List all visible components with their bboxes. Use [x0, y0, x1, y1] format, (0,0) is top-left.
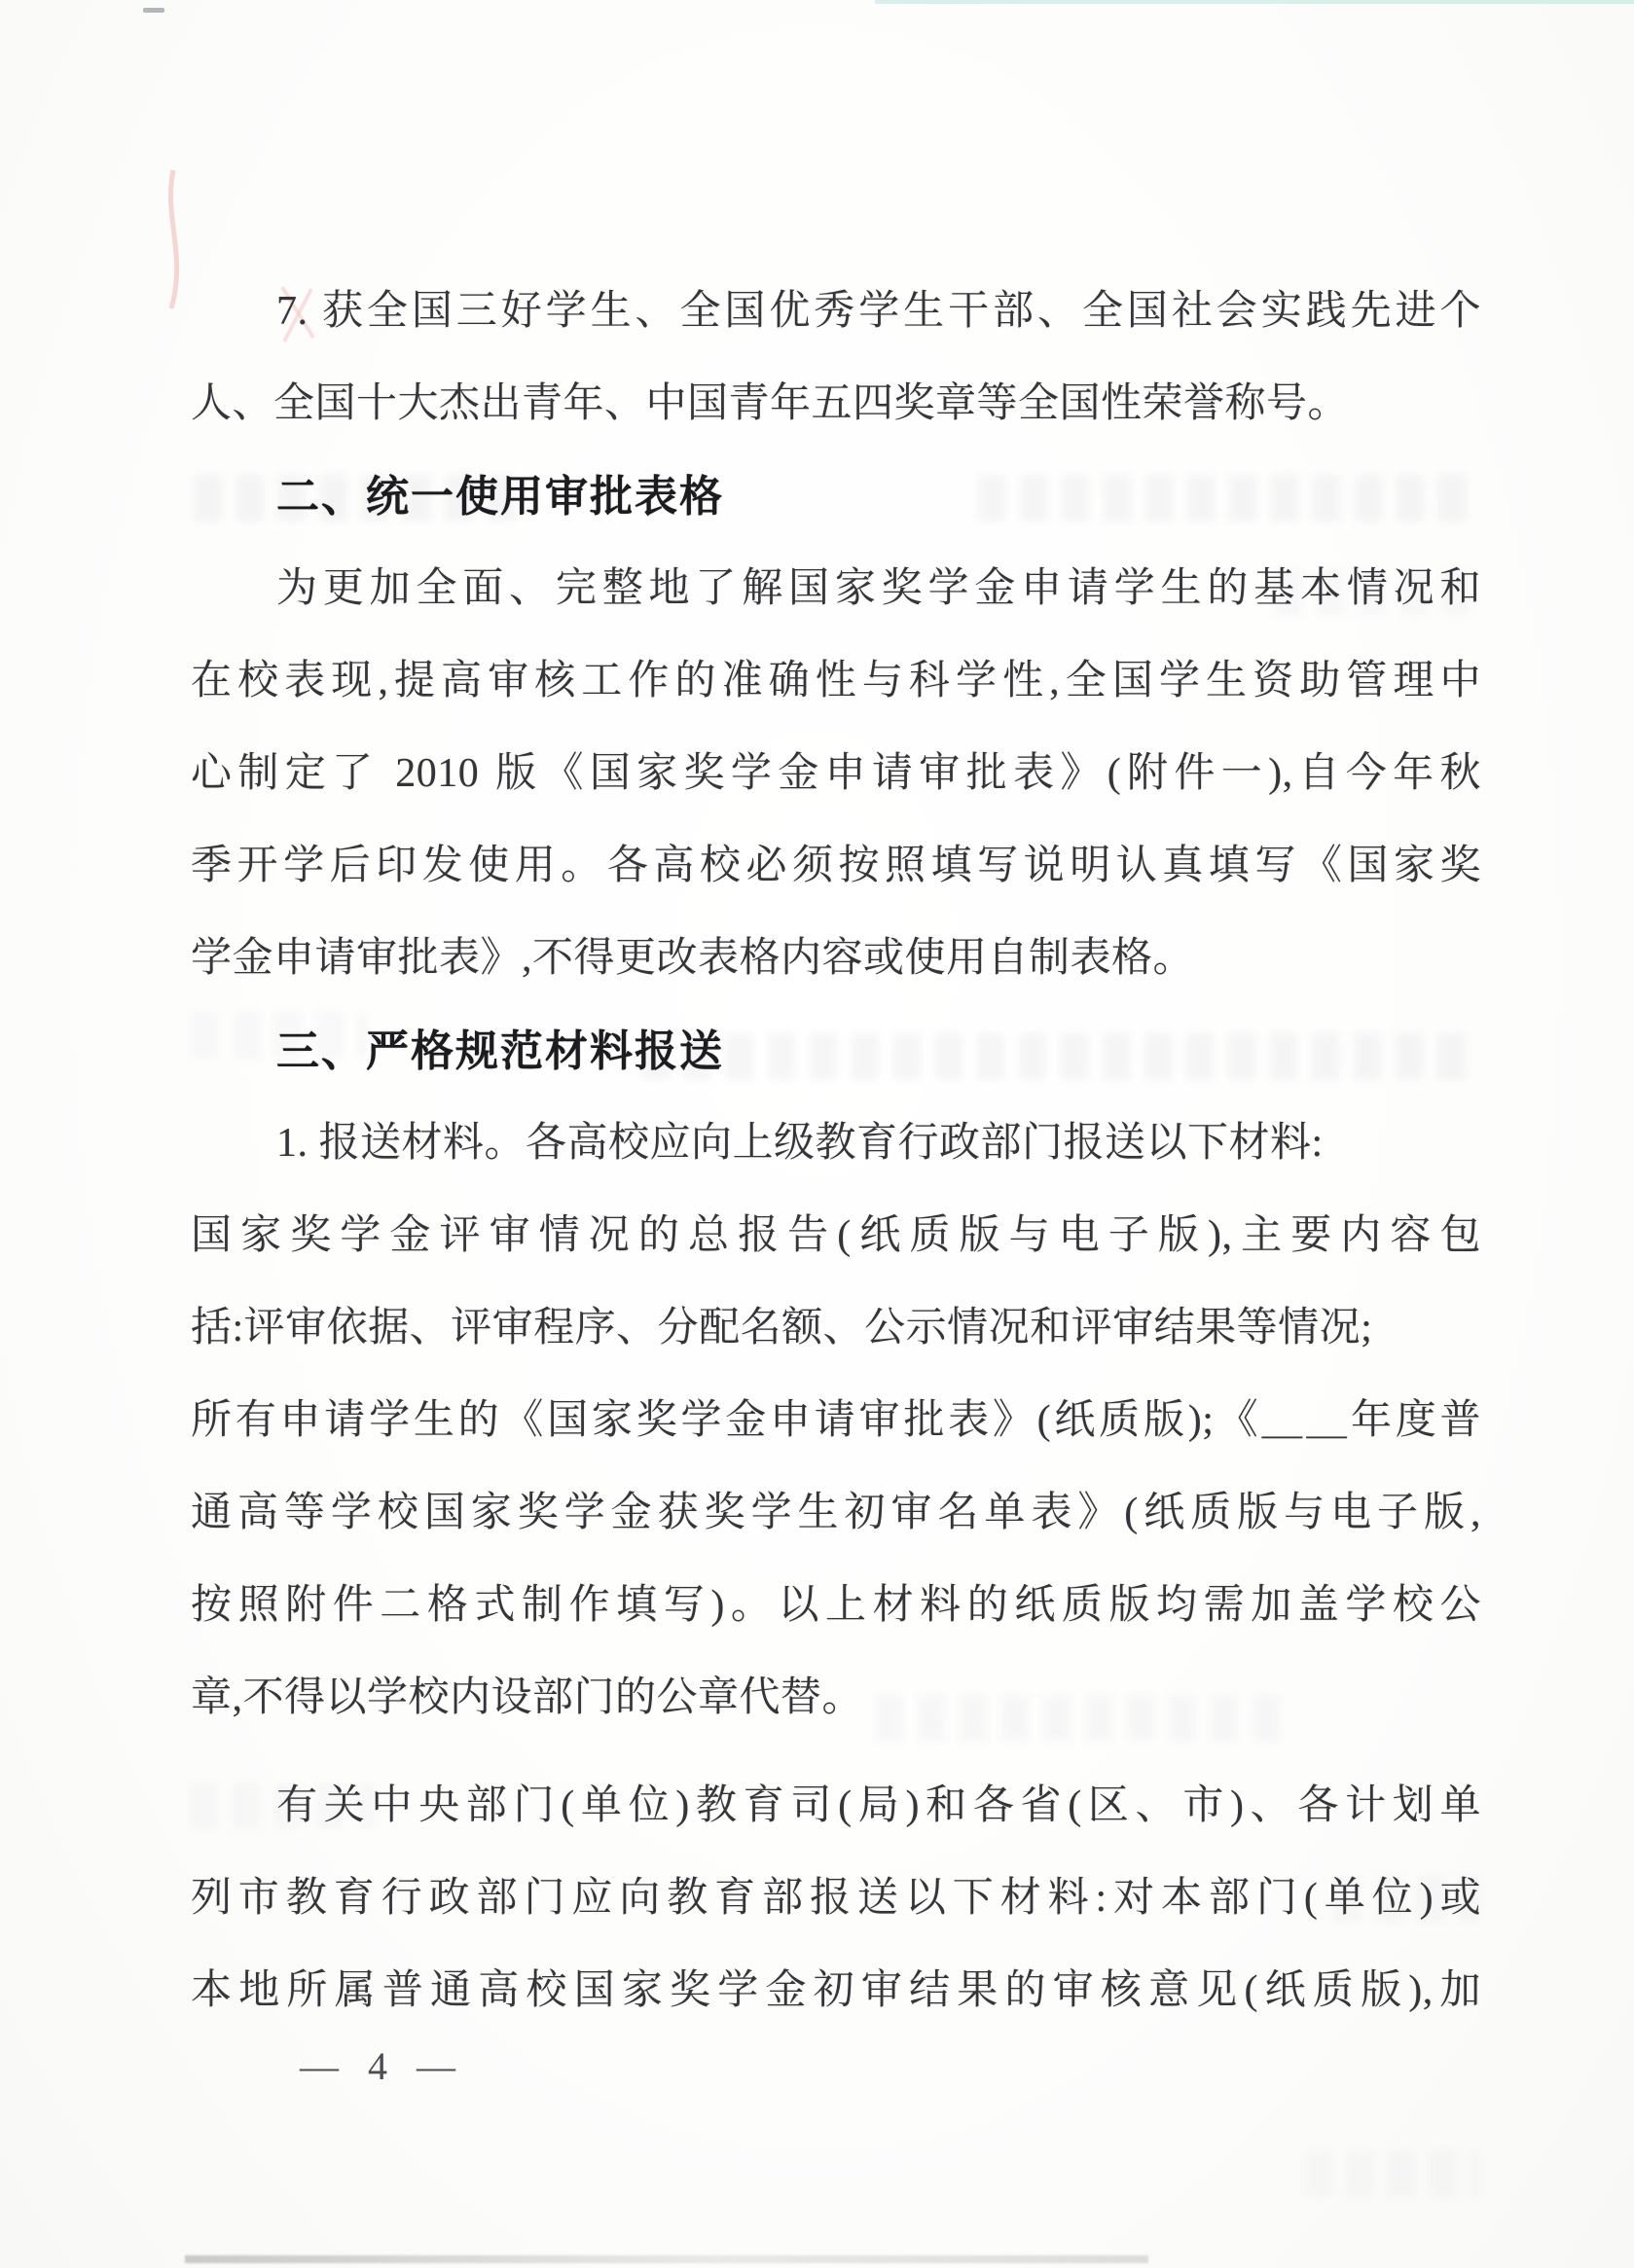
page-number: — 4 — [300, 2045, 465, 2088]
paragraph-line: 人、全国十大杰出青年、中国青年五四奖章等全国性荣誉称号。 [191, 358, 1481, 450]
paragraph-line: 季开学后印发使用。各高校必须按照填写说明认真填写《国家奖 [191, 820, 1481, 913]
paragraph-line: 章,不得以学校内设部门的公章代替。 [191, 1652, 1481, 1745]
scan-edge-tint [875, 0, 1634, 4]
paragraph-line: 学金申请审批表》,不得更改表格内容或使用自制表格。 [191, 913, 1481, 1005]
scan-bottom-streak [185, 2255, 1148, 2263]
paragraph-line: 7. 获全国三好学生、全国优秀学生干部、全国社会实践先进个 [191, 266, 1481, 358]
paragraph-line: 有关中央部门(单位)教育司(局)和各省(区、市)、各计划单 [191, 1760, 1481, 1853]
paragraph-line: 为更加全面、完整地了解国家奖学金申请学生的基本情况和 [191, 543, 1481, 635]
paragraph-line: 本地所属普通高校国家奖学金初审结果的审核意见(纸质版),加 [191, 1945, 1481, 2037]
paragraph-line: 通高等学校国家奖学金获奖学生初审名单表》(纸质版与电子版, [191, 1467, 1481, 1560]
paragraph-line: 1. 报送材料。各高校应向上级教育行政部门报送以下材料: [191, 1098, 1481, 1190]
paragraph-line: 在校表现,提高审核工作的准确性与科学性,全国学生资助管理中 [191, 635, 1481, 728]
scanned-document-page: 7. 获全国三好学生、全国优秀学生干部、全国社会实践先进个 人、全国十大杰出青年… [0, 0, 1634, 2268]
scan-dash-artifact [143, 8, 164, 13]
paragraph-line: 按照附件二格式制作填写)。以上材料的纸质版均需加盖学校公 [191, 1560, 1481, 1652]
paragraph-line: 括:评审依据、评审程序、分配名额、公示情况和评审结果等情况; [191, 1282, 1481, 1375]
section-heading-3: 三、严格规范材料报送 [191, 1005, 1481, 1098]
document-text-block: 7. 获全国三好学生、全国优秀学生干部、全国社会实践先进个 人、全国十大杰出青年… [191, 266, 1481, 2037]
paragraph-line: 国家奖学金评审情况的总报告(纸质版与电子版),主要内容包 [191, 1190, 1481, 1282]
paragraph-line: 所有申请学生的《国家奖学金申请审批表》(纸质版);《＿＿年度普 [191, 1375, 1481, 1467]
paragraph-line: 心制定了 2010 版《国家奖学金申请审批表》(附件一),自今年秋 [191, 728, 1481, 820]
paragraph-line: 列市教育行政部门应向教育部报送以下材料:对本部门(单位)或 [191, 1853, 1481, 1945]
bleed-through-artifact [1304, 2150, 1479, 2197]
section-heading-2: 二、统一使用审批表格 [191, 450, 1481, 543]
